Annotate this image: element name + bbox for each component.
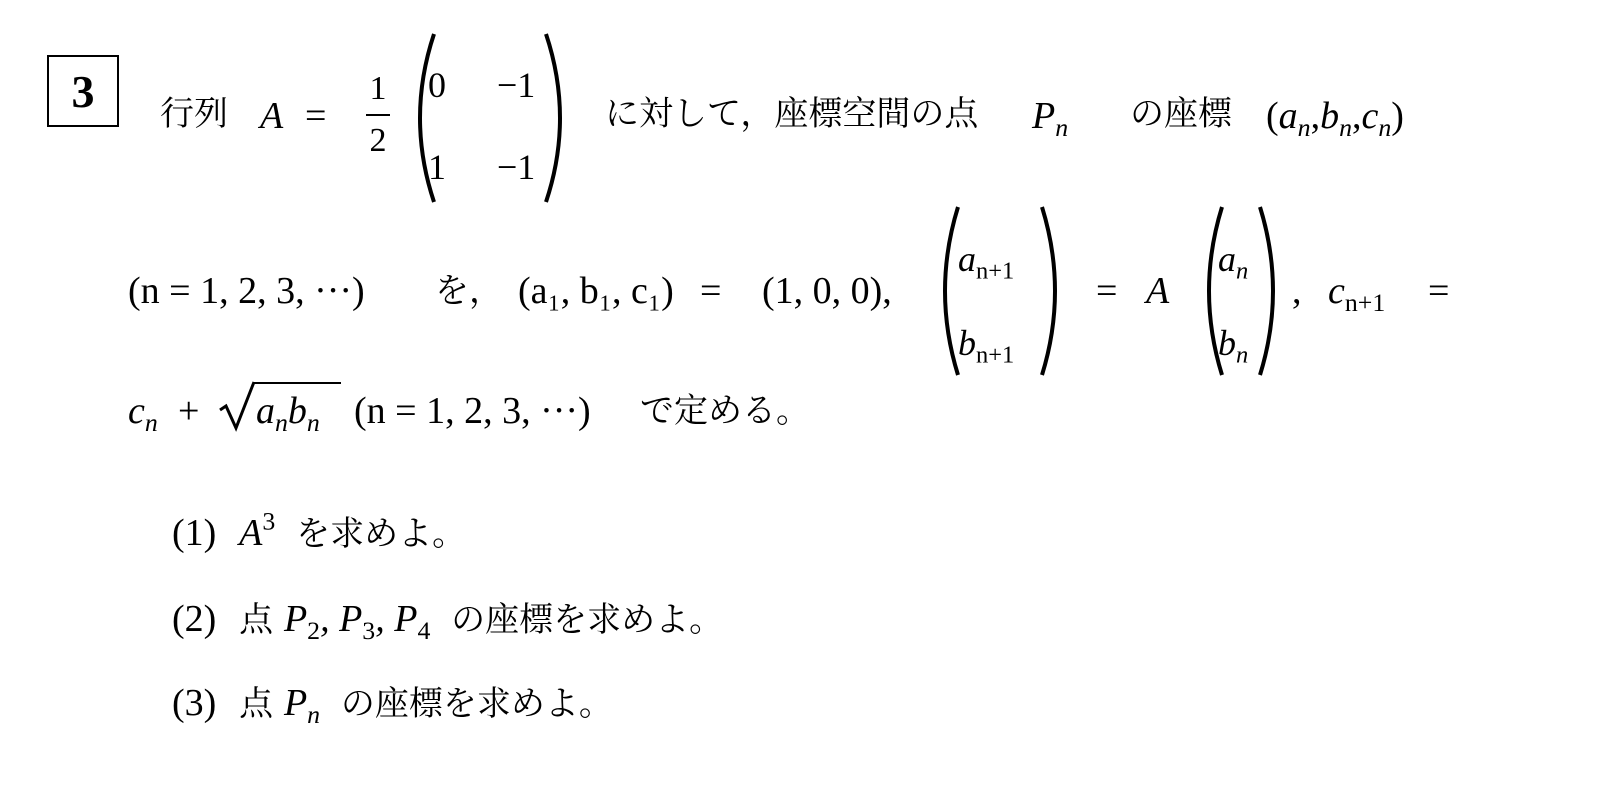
vec-eq: =	[1096, 272, 1117, 310]
question-1-label: (1)	[172, 512, 216, 554]
c-next: cn+1	[1328, 272, 1385, 310]
vec-comma: ,	[1292, 272, 1302, 310]
range-n: (n = 1, 2, 3, ···)	[128, 272, 365, 310]
vec-rhs-a: an	[1218, 238, 1248, 280]
definition-tail: で定める。	[640, 394, 810, 428]
vec-matrix-a: A	[1146, 272, 1169, 310]
point-pn: Pn	[1032, 97, 1068, 135]
vec-rhs-right-paren-icon	[1254, 205, 1290, 377]
matrix-cell-12: −1	[497, 64, 535, 106]
a-cubed: A3	[239, 512, 275, 554]
c-n: cn	[128, 392, 158, 430]
vec-lhs-b: bn+1	[958, 322, 1014, 364]
question-1: (1) A3 を求めよ。	[172, 514, 466, 552]
sqrt-bar	[253, 382, 341, 384]
c-next-eq: =	[1428, 272, 1449, 310]
initial-lhs: (a₁, b₁, c₁)	[518, 272, 674, 310]
question-2: (2) 点 P2, P3, P4 の座標を求めよ。	[172, 600, 723, 638]
equals-sign: =	[305, 97, 326, 135]
initial-eq: =	[700, 272, 721, 310]
vec-lhs-right-paren-icon	[1036, 205, 1072, 377]
matrix-cell-22: −1	[497, 146, 535, 188]
points-p2-p3-p4: P2, P3, P4	[284, 598, 430, 640]
matrix-name: A	[260, 97, 283, 135]
right-paren-icon	[538, 32, 578, 204]
vec-rhs-b: bn	[1218, 322, 1248, 364]
matrix-cell-11: 0	[428, 64, 446, 106]
fraction-denominator: 2	[366, 122, 390, 160]
question-3: (3) 点 Pn の座標を求めよ。	[172, 684, 613, 722]
range-n-2: (n = 1, 2, 3, ···)	[354, 392, 591, 430]
question-2-label: (2)	[172, 598, 216, 640]
question-2-prefix: 点	[239, 600, 273, 640]
sqrt-radical-icon	[218, 380, 258, 432]
problem-number-box: 3	[47, 55, 119, 127]
question-1-text: を求めよ。	[296, 514, 466, 554]
question-3-prefix: 点	[239, 684, 273, 724]
question-2-text: の座標を求めよ。	[451, 600, 723, 640]
plus-sign: +	[178, 392, 199, 430]
wo-text: を，	[435, 274, 503, 308]
fraction-bar	[366, 114, 390, 116]
question-3-text: の座標を求めよ。	[341, 684, 613, 724]
coords-tuple: (an,bn,cn)	[1266, 97, 1404, 135]
intro-text: 行列	[160, 97, 228, 131]
fraction-half: 1 2	[366, 70, 390, 160]
fraction-numerator: 1	[366, 70, 390, 108]
matrix-cell-21: 1	[428, 146, 446, 188]
point-pn-q3: Pn	[284, 682, 320, 724]
question-3-label: (3)	[172, 682, 216, 724]
sqrt-content: anbn	[256, 392, 320, 430]
initial-rhs: (1, 0, 0),	[762, 272, 892, 310]
problem-number: 3	[72, 65, 95, 118]
vec-lhs-a: an+1	[958, 238, 1014, 280]
line1-text: に対して，座標空間の点	[605, 97, 978, 131]
coord-label: の座標	[1130, 97, 1232, 131]
